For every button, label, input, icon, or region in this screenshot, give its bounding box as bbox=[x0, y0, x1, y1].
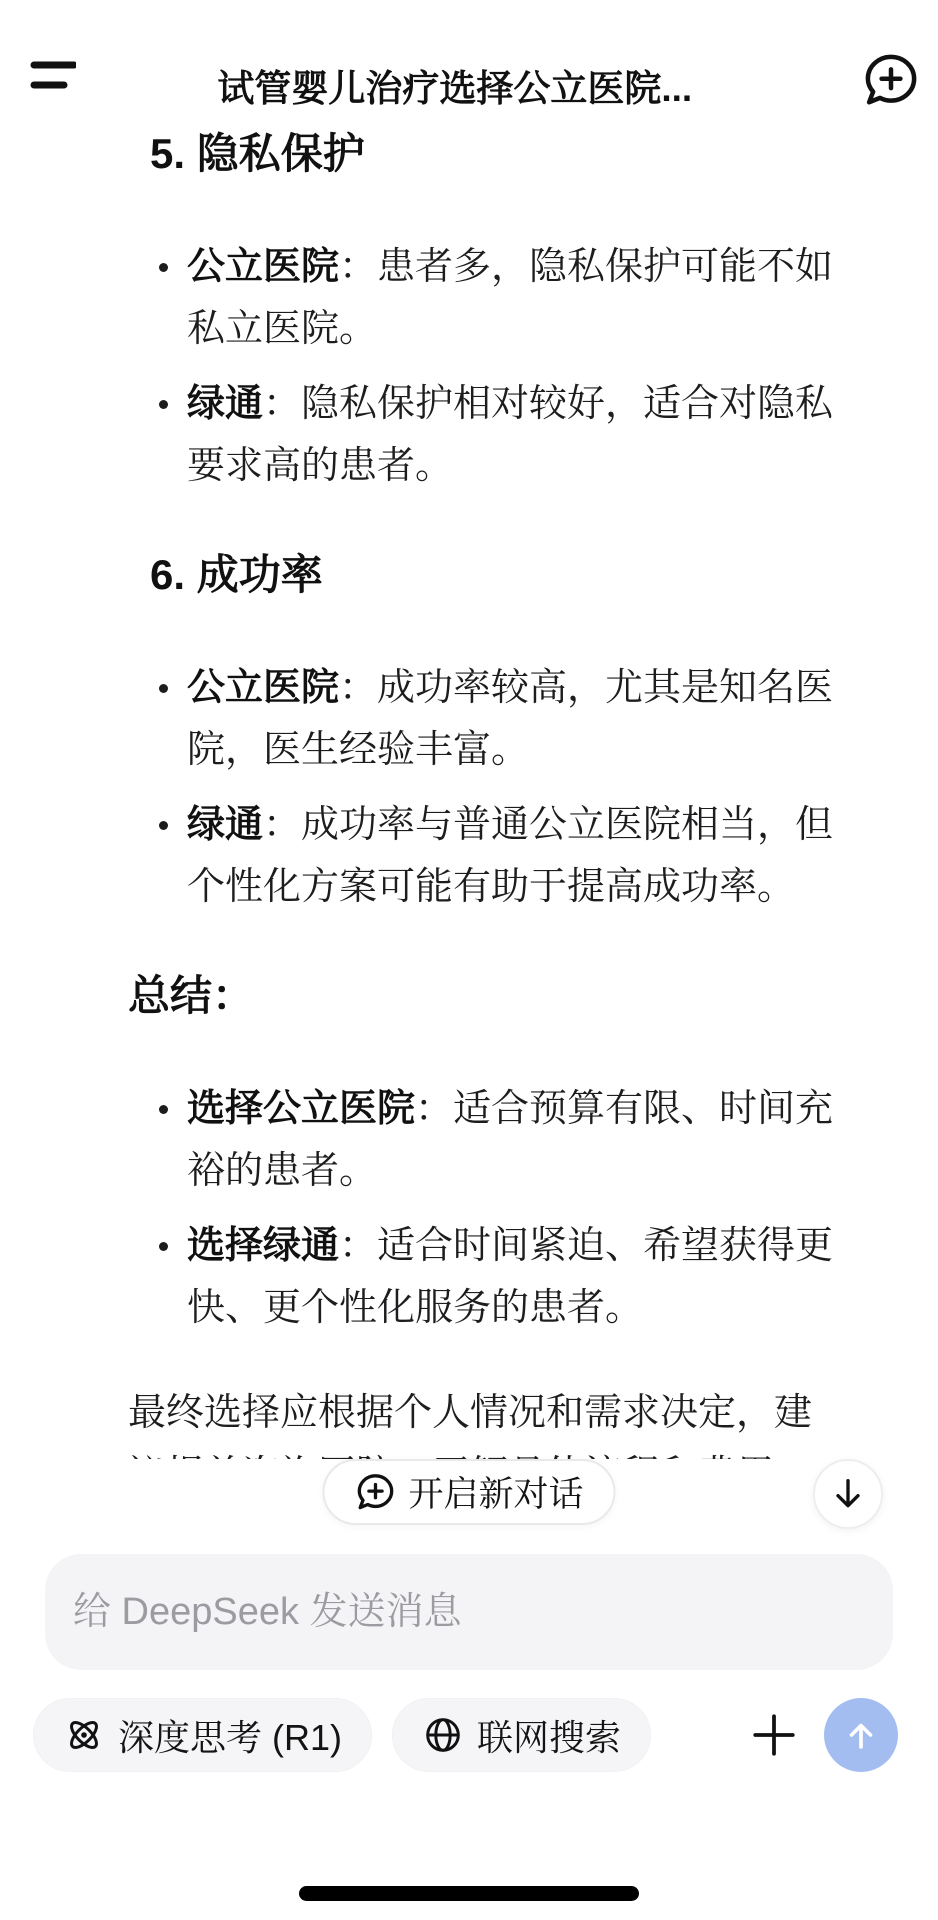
start-new-chat-button[interactable]: 开启新对话 bbox=[322, 1459, 615, 1525]
section-heading: 6. 成功率 bbox=[150, 547, 834, 603]
bullet-list: 公立医院：成功率较高，尤其是知名医院，医生经验丰富。 绿通：成功率与普通公立医院… bbox=[128, 657, 834, 918]
globe-icon bbox=[422, 1714, 464, 1756]
web-search-toggle[interactable]: 联网搜索 bbox=[392, 1698, 651, 1772]
sidebar-menu-button[interactable] bbox=[30, 52, 80, 98]
bullet-label: 绿通 bbox=[187, 804, 263, 846]
new-chat-button[interactable] bbox=[859, 48, 923, 112]
new-chat-bubble-plus-icon bbox=[861, 50, 921, 110]
bottom-dock: 开启新对话 bbox=[0, 1459, 938, 1920]
list-item: 选择绿通：适合时间紧迫、希望获得更快、更个性化服务的患者。 bbox=[128, 1215, 834, 1339]
bullet-text: ：成功率与普通公立医院相当，但个性化方案可能有助于提高成功率。 bbox=[187, 804, 833, 908]
bullet-list: 选择公立医院：适合预算有限、时间充裕的患者。 选择绿通：适合时间紧迫、希望获得更… bbox=[128, 1078, 834, 1339]
deep-think-label: 深度思考 (R1) bbox=[118, 1710, 342, 1761]
floating-actions-row: 开启新对话 bbox=[0, 1459, 938, 1529]
bullet-label: 绿通 bbox=[187, 383, 263, 425]
start-new-chat-label: 开启新对话 bbox=[408, 1467, 583, 1517]
scroll-to-bottom-button[interactable] bbox=[813, 1459, 883, 1529]
bullet-label: 公立医院 bbox=[187, 246, 339, 288]
input-toolbar: 深度思考 (R1) 联网搜索 bbox=[33, 1698, 898, 1772]
send-button[interactable] bbox=[824, 1698, 898, 1772]
section-heading: 5. 隐私保护 bbox=[150, 126, 834, 182]
plus-icon bbox=[749, 1710, 799, 1760]
bullet-label: 选择公立医院 bbox=[187, 1088, 415, 1130]
bullet-list: 公立医院：患者多，隐私保护可能不如私立医院。 绿通：隐私保护相对较好，适合对隐私… bbox=[128, 236, 834, 497]
bubble-plus-icon bbox=[354, 1471, 396, 1513]
attach-plus-button[interactable] bbox=[746, 1707, 802, 1763]
list-item: 绿通：成功率与普通公立医院相当，但个性化方案可能有助于提高成功率。 bbox=[128, 794, 834, 918]
message-input-container[interactable] bbox=[45, 1554, 893, 1670]
bullet-label: 选择绿通 bbox=[187, 1225, 339, 1267]
down-arrow-icon bbox=[828, 1474, 868, 1514]
list-item: 绿通：隐私保护相对较好，适合对隐私要求高的患者。 bbox=[128, 373, 834, 497]
hamburger-icon bbox=[30, 56, 76, 94]
header-bar: 试管婴儿治疗选择公立医院... bbox=[0, 0, 938, 118]
list-item: 公立医院：成功率较高，尤其是知名医院，医生经验丰富。 bbox=[128, 657, 834, 781]
list-item: 公立医院：患者多，隐私保护可能不如私立医院。 bbox=[128, 236, 834, 360]
list-item: 选择公立医院：适合预算有限、时间充裕的患者。 bbox=[128, 1078, 834, 1202]
chat-title: 试管婴儿治疗选择公立医院... bbox=[217, 58, 692, 112]
assistant-message: 5. 隐私保护 公立医院：患者多，隐私保护可能不如私立医院。 绿通：隐私保护相对… bbox=[0, 118, 938, 1506]
section-privacy: 5. 隐私保护 公立医院：患者多，隐私保护可能不如私立医院。 绿通：隐私保护相对… bbox=[128, 126, 834, 497]
section-heading: 总结： bbox=[128, 968, 834, 1024]
web-search-label: 联网搜索 bbox=[477, 1710, 621, 1761]
bullet-label: 公立医院 bbox=[187, 667, 339, 709]
section-success-rate: 6. 成功率 公立医院：成功率较高，尤其是知名医院，医生经验丰富。 绿通：成功率… bbox=[128, 547, 834, 918]
app-screen: 试管婴儿治疗选择公立医院... 5. 隐私保护 公立医院：患者多，隐私保护可能不… bbox=[0, 0, 938, 1920]
home-indicator-area bbox=[0, 1772, 938, 1920]
bullet-text: ：隐私保护相对较好，适合对隐私要求高的患者。 bbox=[187, 383, 833, 487]
deep-think-toggle[interactable]: 深度思考 (R1) bbox=[33, 1698, 372, 1772]
send-up-arrow-icon bbox=[842, 1716, 880, 1754]
section-summary: 总结： 选择公立医院：适合预算有限、时间充裕的患者。 选择绿通：适合时间紧迫、希… bbox=[128, 968, 834, 1339]
home-indicator[interactable] bbox=[299, 1886, 639, 1901]
atom-icon bbox=[63, 1714, 105, 1756]
message-input[interactable] bbox=[73, 1591, 865, 1634]
